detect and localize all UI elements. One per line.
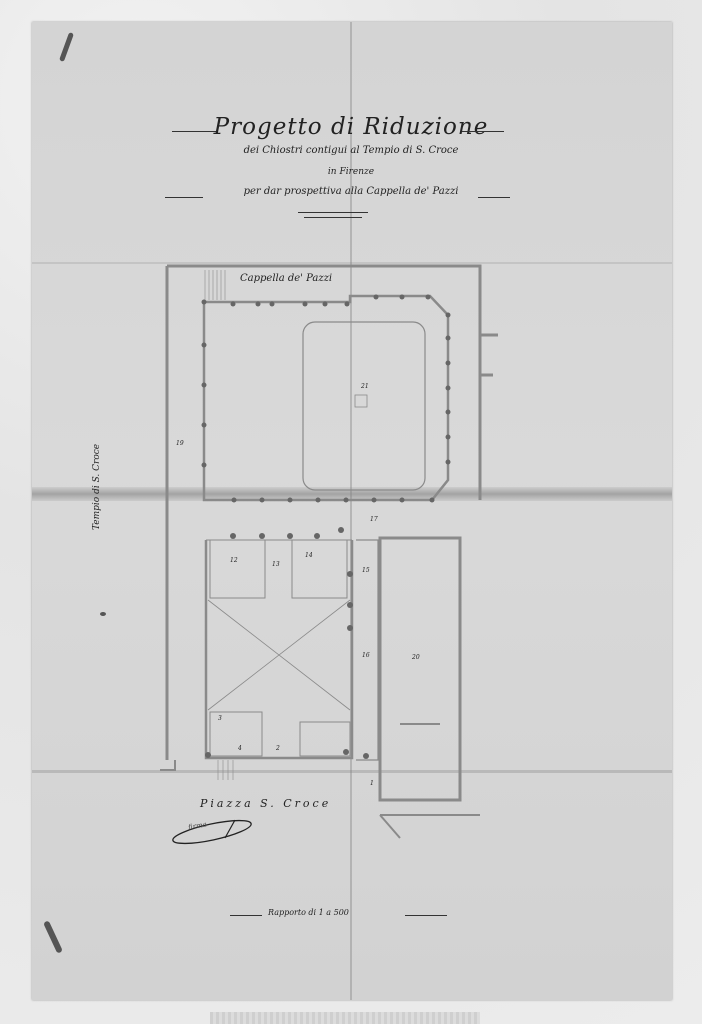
scale-rule-left <box>230 915 262 916</box>
room-number: 15 <box>362 567 370 574</box>
mounting-tape <box>210 1012 480 1024</box>
scale-note: Rapporto di 1 a 500 <box>268 908 349 917</box>
room-number: 19 <box>176 440 184 447</box>
room-number: 3 <box>218 715 222 722</box>
room-number: 14 <box>305 552 313 559</box>
room-number: 13 <box>272 561 280 568</box>
room-number: 21 <box>361 383 369 390</box>
room-number: 17 <box>370 516 378 523</box>
chapel-label: Cappella de' Pazzi <box>240 273 332 284</box>
scale-rule-right <box>405 915 447 916</box>
room-number: 2 <box>276 745 280 752</box>
room-number: 4 <box>238 745 242 752</box>
room-number: 1 <box>370 780 374 787</box>
signature-flourish <box>170 812 260 846</box>
room-number: 12 <box>230 557 238 564</box>
square-label: Piazza S. Croce <box>200 797 331 810</box>
floor-plan <box>0 0 702 1024</box>
room-number: 20 <box>412 654 420 661</box>
room-number: 16 <box>362 652 370 659</box>
church-side-label: Tempio di S. Croce <box>92 444 102 530</box>
